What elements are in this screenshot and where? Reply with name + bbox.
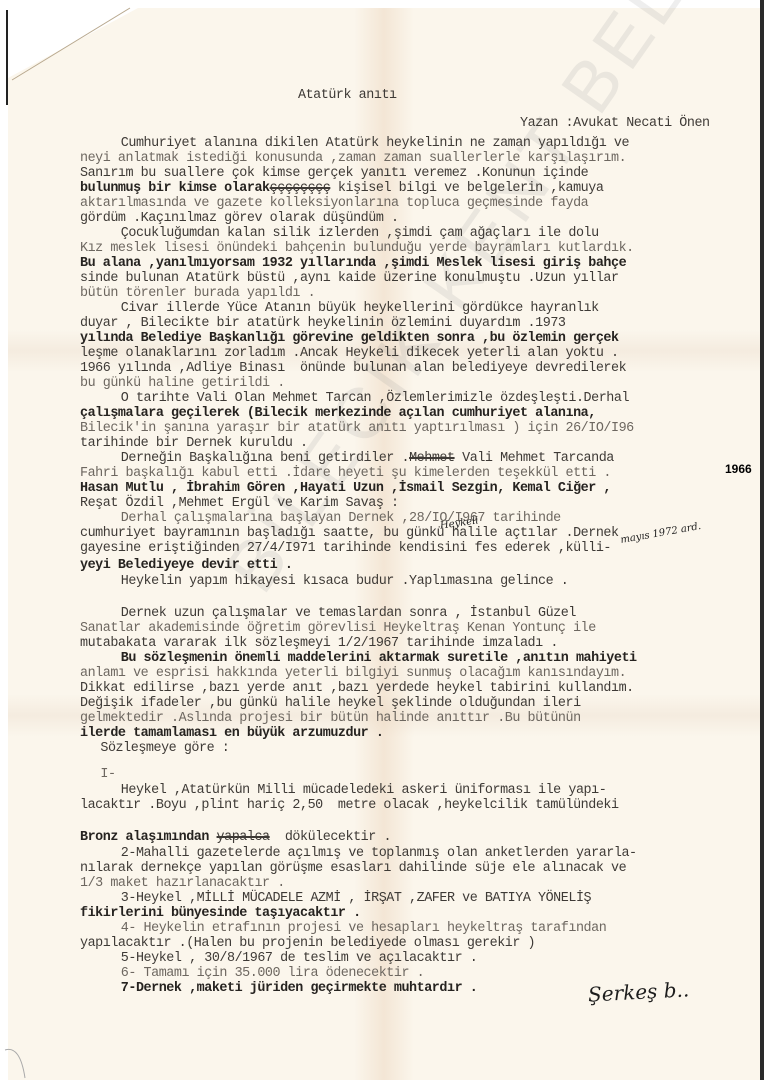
text-line: ilerde tamamlaması en büyük arzumuzdur . — [80, 726, 383, 741]
text-line: Derhal çalışmalarına başlayan Dernek ,28… — [121, 511, 561, 526]
line-text: Bilecik'in şanına yaraşır bir atatürk an… — [80, 421, 634, 436]
text-line: yılında Belediye Başkanlığı görevine gel… — [80, 331, 619, 346]
page-curl-line — [0, 1020, 60, 1080]
text-line: bu günkü haline getirildi . — [80, 376, 285, 391]
text-line: 3-Heykel ,MİLLİ MÜCADELE AZMİ , İRŞAT ,Z… — [121, 891, 591, 906]
text-line: Bu sözleşmenin önemli maddelerini aktarm… — [121, 651, 637, 666]
line-text: Dikkat edilirse ,bazı yerde anıt ,bazı y… — [80, 681, 634, 696]
line-text: Kız meslek lisesi önündeki bahçenin bulu… — [80, 241, 634, 256]
text-line: Çocukluğumdan kalan silik izlerden ,şimd… — [121, 226, 599, 241]
margin-note-year: 1966 — [725, 462, 752, 476]
text-line: gayesine eriştiğinden 27/4/I971 tarihind… — [80, 541, 611, 556]
text-line: bulunmuş bir kimse olarakçççççççç kişise… — [80, 181, 603, 196]
line-text: yapılacaktır .(Halen bu projenin belediy… — [80, 936, 535, 951]
text-line: neyi anlatmak istediği konusunda ,zaman … — [80, 151, 626, 166]
line-text: Hasan Mutlu , İbrahim Gören ,Hayati Uzun… — [80, 481, 611, 496]
document-title: Atatürk anıtı — [298, 88, 397, 103]
author-line: Yazan :Avukat Necati Önen — [520, 116, 710, 131]
line-text: anlamı ve esprisi hakkında yeterli bilgi… — [80, 666, 626, 681]
text-line: fikirlerini bünyesinde taşıyacaktır . — [80, 906, 361, 921]
line-text: bütün törenler burada yapıldı . — [80, 286, 315, 301]
line-text: Derneğin Başkalığına beni getirdiler . — [121, 451, 409, 466]
line-text: Dernek uzun çalışmalar ve temaslardan so… — [121, 606, 576, 621]
line-text: çalışmalara geçilerek (Bilecik merkezind… — [80, 406, 596, 421]
line-text: 2-Mahalli gazetelerde açılmış ve toplanm… — [121, 846, 637, 861]
text-line: mutabakata vararak ilk sözleşmeyi 1/2/19… — [80, 636, 558, 651]
line-text-continued: Vali Mehmet Tarcanda — [455, 451, 614, 466]
struck-text: Mehmet — [409, 451, 455, 466]
text-line: Derneğin Başkalığına beni getirdiler .Me… — [121, 451, 614, 466]
line-text-continued: kişisel bilgi ve belgelerin ,kamuya — [330, 181, 603, 196]
line-text: 5-Heykel , 30/8/1967 de teslim ve açılac… — [121, 951, 478, 966]
line-text: Civar illerde Yüce Atanın büyük heykelle… — [121, 301, 599, 316]
line-text: fikirlerini bünyesinde taşıyacaktır . — [80, 906, 361, 921]
text-line: Sanırım bu suallere çok kimse gerçek yan… — [80, 166, 588, 181]
line-text: 1/3 maket hazırlanacaktır . — [80, 876, 285, 891]
struck-text: çççççççç — [270, 181, 331, 196]
line-text: nılarak dernekçe yapılan görüşme esaslar… — [80, 861, 626, 876]
text-line: Sanatlar akademisinde öğretim görevlisi … — [80, 621, 596, 636]
line-text: Derhal çalışmalarına başlayan Dernek ,28… — [121, 511, 561, 526]
scan-right-edge — [760, 0, 764, 1080]
line-text: aktarılmasında ve gazete kolleksiyonları… — [80, 196, 588, 211]
line-text: Çocukluğumdan kalan silik izlerden ,şimd… — [121, 226, 599, 241]
line-text: tarihinde bir Dernek kuruldu . — [80, 436, 308, 451]
line-text: gayesine eriştiğinden 27/4/I971 tarihind… — [80, 541, 611, 556]
line-text-continued: dökülecektir . — [270, 830, 391, 845]
text-line: Dikkat edilirse ,bazı yerde anıt ,bazı y… — [80, 681, 634, 696]
text-line: leşme olanaklarını zorladım .Ancak Heyke… — [80, 346, 619, 361]
line-text: 4- Heykelin etrafının projesi ve hesapla… — [121, 921, 606, 936]
text-line: aktarılmasında ve gazete kolleksiyonları… — [80, 196, 588, 211]
text-line: O tarihte Vali Olan Mehmet Tarcan ,Özlem… — [121, 391, 629, 406]
line-text: 6- Tamamı için 35.000 lira ödenecektir . — [121, 966, 424, 981]
line-text: 3-Heykel ,MİLLİ MÜCADELE AZMİ , İRŞAT ,Z… — [121, 891, 591, 906]
text-line: Civar illerde Yüce Atanın büyük heykelle… — [121, 301, 599, 316]
line-text: sinde bulunan Atatürk büstü ,aynı kaide … — [80, 271, 619, 286]
line-text: Bronz alaşımından — [80, 830, 217, 845]
text-line: anlamı ve esprisi hakkında yeterli bilgi… — [80, 666, 626, 681]
line-text: cumhuriyet bayramının başladığı saatte, … — [80, 526, 619, 541]
line-text: bulunmuş bir kimse olarak — [80, 181, 270, 196]
text-line: gelmektedir .Aslında projesi bir bütün h… — [80, 711, 581, 726]
text-line: Reşat Özdil ,Mehmet Ergül ve Karim Savaş… — [80, 496, 399, 511]
text-line: duyar , Bilecikte bir atatürk heykelinin… — [80, 316, 565, 331]
text-line: 6- Tamamı için 35.000 lira ödenecektir . — [121, 966, 424, 981]
line-text: lacaktır .Boyu ,plint hariç 2,50 metre o… — [80, 798, 619, 813]
text-line: Hasan Mutlu , İbrahim Gören ,Hayati Uzun… — [80, 481, 611, 496]
line-text: yeyi Belediyeye devir etti . — [80, 558, 292, 573]
text-line: Bu alana ,yanılmıyorsam 1932 yıllarında … — [80, 256, 626, 271]
line-text: mutabakata vararak ilk sözleşmeyi 1/2/19… — [80, 636, 558, 651]
line-text: Bu sözleşmenin önemli maddelerini aktarm… — [121, 651, 637, 666]
text-line: çalışmalara geçilerek (Bilecik merkezind… — [80, 406, 596, 421]
line-text: 1966 yılında ,Adliye Binası önünde bulun… — [80, 361, 626, 376]
text-line: Bilecik'in şanına yaraşır bir atatürk an… — [80, 421, 634, 436]
text-line: lacaktır .Boyu ,plint hariç 2,50 metre o… — [80, 798, 619, 813]
text-line: Heykelin yapım hikayesi kısaca budur .Ya… — [121, 574, 569, 589]
text-line: Fahri başkalığı kabul etti .İdare heyeti… — [80, 466, 611, 481]
text-line: I- — [100, 767, 115, 782]
text-line: Heykel ,Atatürkün Milli mücadeledeki ask… — [121, 783, 606, 798]
line-text: Bu alana ,yanılmıyorsam 1932 yıllarında … — [80, 256, 626, 271]
line-text: Sanatlar akademisinde öğretim görevlisi … — [80, 621, 596, 636]
line-text: Sanırım bu suallere çok kimse gerçek yan… — [80, 166, 588, 181]
line-text: leşme olanaklarını zorladım .Ancak Heyke… — [80, 346, 619, 361]
line-text: 7-Dernek ,maketi jüriden geçirmekte muht… — [121, 981, 478, 996]
line-text: Heykel ,Atatürkün Milli mücadeledeki ask… — [121, 783, 606, 798]
line-text: gelmektedir .Aslında projesi bir bütün h… — [80, 711, 581, 726]
text-line: gördüm .Kaçınılmaz görev olarak düşündüm… — [80, 211, 399, 226]
text-line: tarihinde bir Dernek kuruldu . — [80, 436, 308, 451]
line-text: I- — [100, 767, 115, 782]
text-line: bütün törenler burada yapıldı . — [80, 286, 315, 301]
text-line: yapılacaktır .(Halen bu projenin belediy… — [80, 936, 535, 951]
text-line: yeyi Belediyeye devir etti . — [80, 558, 292, 573]
text-line: 7-Dernek ,maketi jüriden geçirmekte muht… — [121, 981, 478, 996]
line-text: Sözleşmeye göre : — [100, 741, 229, 756]
line-text: O tarihte Vali Olan Mehmet Tarcan ,Özlem… — [121, 391, 629, 406]
text-line: 1/3 maket hazırlanacaktır . — [80, 876, 285, 891]
document-body: Atatürk anıtı Yazan :Avukat Necati Önen … — [80, 0, 764, 75]
line-text: duyar , Bilecikte bir atatürk heykelinin… — [80, 316, 565, 331]
text-line: Değişik ifadeler ,bu günkü halile heykel… — [80, 696, 581, 711]
text-line: Dernek uzun çalışmalar ve temaslardan so… — [121, 606, 576, 621]
text-line: 1966 yılında ,Adliye Binası önünde bulun… — [80, 361, 626, 376]
text-line: Cumhuriyet alanına dikilen Atatürk heyke… — [121, 136, 629, 151]
text-line: Sözleşmeye göre : — [100, 741, 229, 756]
line-text: Değişik ifadeler ,bu günkü halile heykel… — [80, 696, 581, 711]
line-text: Fahri başkalığı kabul etti .İdare heyeti… — [80, 466, 611, 481]
text-line: sinde bulunan Atatürk büstü ,aynı kaide … — [80, 271, 619, 286]
line-text: bu günkü haline getirildi . — [80, 376, 285, 391]
line-text: ilerde tamamlaması en büyük arzumuzdur . — [80, 726, 383, 741]
text-line: 2-Mahalli gazetelerde açılmış ve toplanm… — [121, 846, 637, 861]
text-line: Bronz alaşımından yapalca dökülecektir . — [80, 830, 391, 845]
text-line: 5-Heykel , 30/8/1967 de teslim ve açılac… — [121, 951, 478, 966]
line-text: yılında Belediye Başkanlığı görevine gel… — [80, 331, 619, 346]
text-line: cumhuriyet bayramının başladığı saatte, … — [80, 526, 619, 541]
struck-text: yapalca — [217, 830, 270, 845]
line-text: neyi anlatmak istediği konusunda ,zaman … — [80, 151, 626, 166]
text-line: 4- Heykelin etrafının projesi ve hesapla… — [121, 921, 606, 936]
line-text: Heykelin yapım hikayesi kısaca budur .Ya… — [121, 574, 569, 589]
text-line: Kız meslek lisesi önündeki bahçenin bulu… — [80, 241, 634, 256]
line-text: gördüm .Kaçınılmaz görev olarak düşündüm… — [80, 211, 399, 226]
text-line: nılarak dernekçe yapılan görüşme esaslar… — [80, 861, 626, 876]
line-text: Cumhuriyet alanına dikilen Atatürk heyke… — [121, 136, 629, 151]
line-text: Reşat Özdil ,Mehmet Ergül ve Karim Savaş… — [80, 496, 399, 511]
